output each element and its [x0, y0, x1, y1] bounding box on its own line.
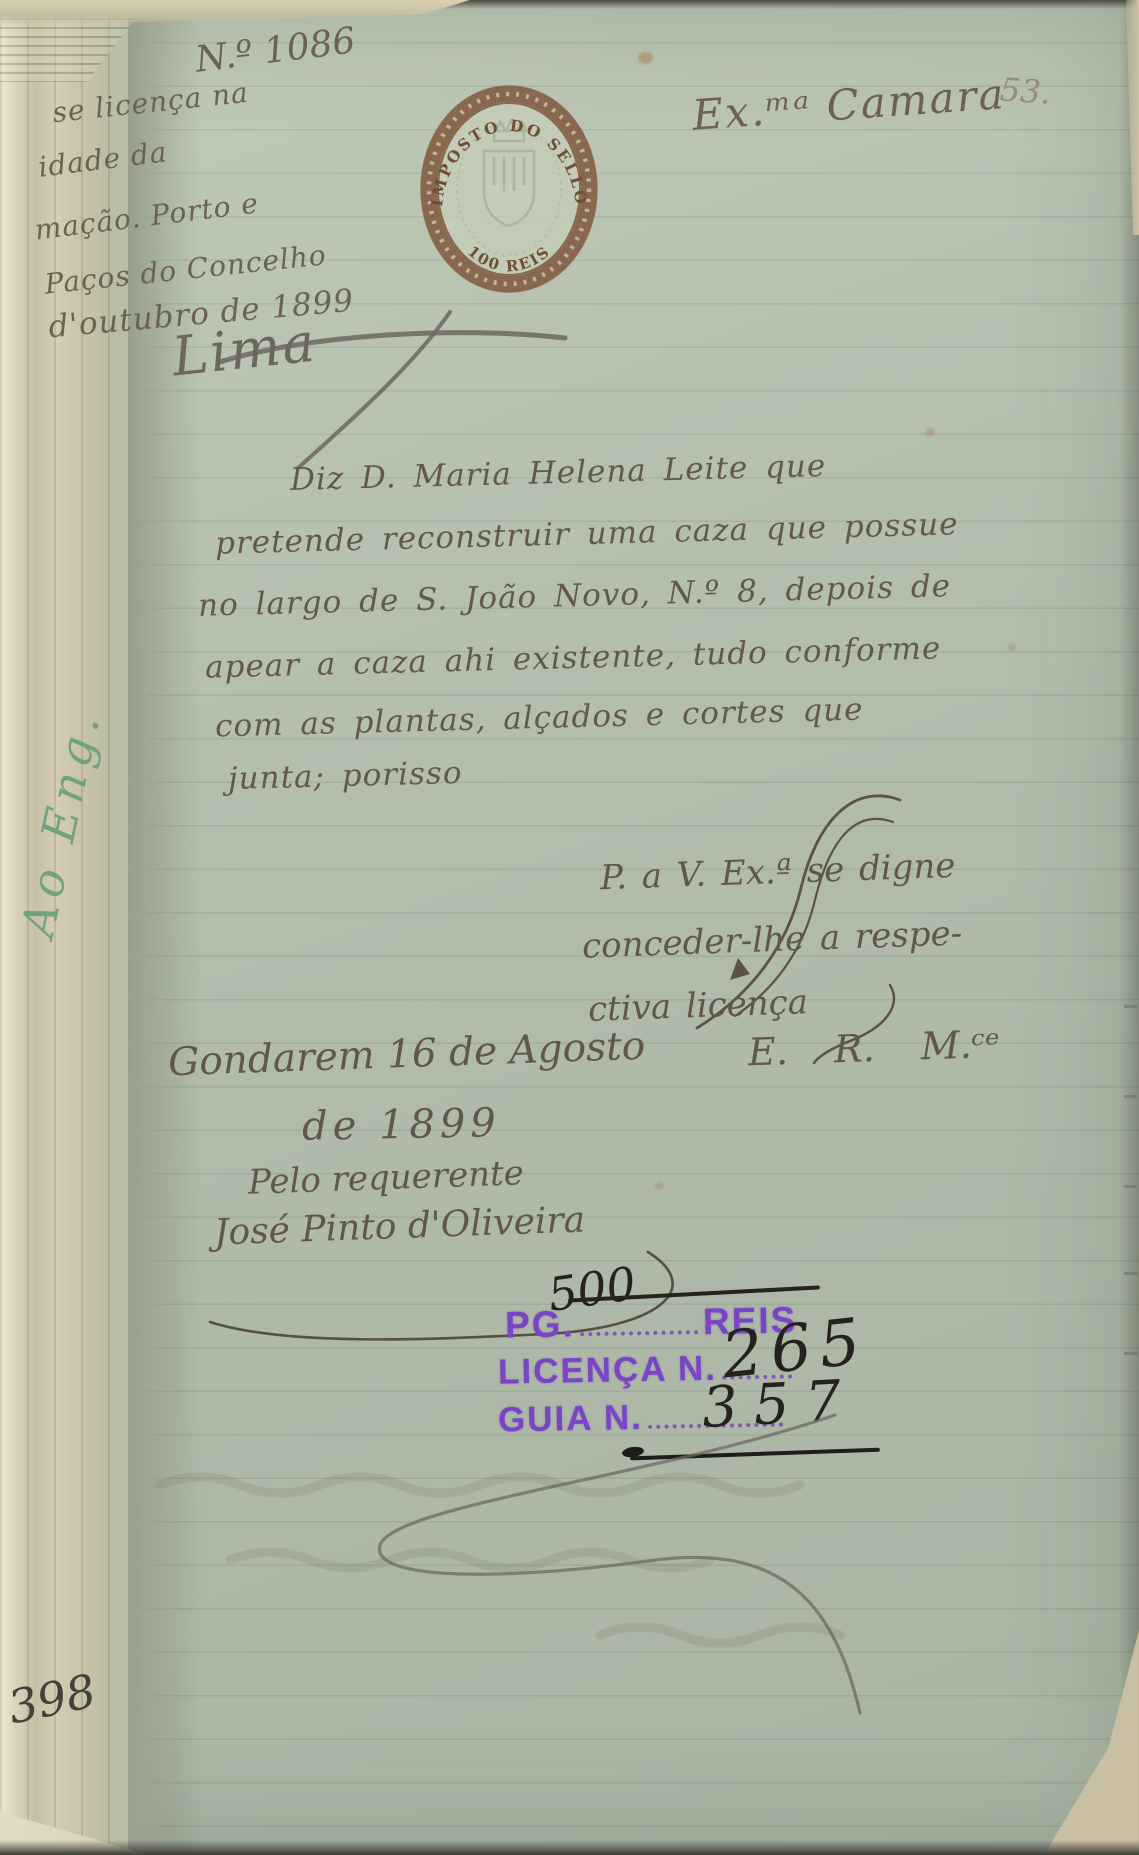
- revenue-stamp-seal: IMPOSTO DO SELLO 100 REIS: [420, 85, 598, 293]
- top-page-sliver: [0, 0, 470, 26]
- closing-formula: E. R. M.ᶜᵉ: [747, 1022, 1000, 1075]
- request-line: ctiva licença: [587, 982, 808, 1030]
- foxing-spot: [1008, 643, 1016, 651]
- right-edge-mark: [1124, 1352, 1137, 1355]
- approval-signature-flourish: [160, 300, 580, 470]
- fee-dotted-line: [580, 1314, 698, 1336]
- petition-line: pretende reconstruir uma caza que possue: [215, 506, 959, 561]
- salutation: Ex.ᵐᵃ Camara: [691, 69, 1007, 140]
- foxing-spot: [655, 1182, 664, 1190]
- foxing-spot: [925, 428, 935, 437]
- petition-line: apear a caza ahi existente, tudo conform…: [205, 630, 942, 685]
- petition-line: junta; porisso: [228, 755, 463, 797]
- right-edge-mark: [1124, 1185, 1137, 1188]
- right-edge-shadow: [1119, 0, 1139, 1855]
- right-edge-mark: [1124, 1005, 1137, 1008]
- ghost-bleed-through-writing: [120, 1455, 940, 1675]
- fee-label-licenca: LICENÇA N.: [498, 1349, 718, 1392]
- closing-year: de 1899: [302, 1100, 502, 1149]
- bottom-edge-shadow: [0, 1840, 1139, 1855]
- petition-line: com as plantas, alçados e cortes que: [215, 692, 864, 745]
- page-scan: N.º 1086 se licença na idade da mação. P…: [0, 0, 1139, 1855]
- foxing-spot: [638, 52, 653, 64]
- closing-byline: Pelo requerente: [247, 1153, 524, 1203]
- petition-line: no largo de S. João Novo, N.º 8, depois …: [198, 568, 952, 624]
- right-edge-mark: [1124, 1272, 1137, 1275]
- folio-number: 53.: [999, 70, 1052, 111]
- process-number: N.º 1086: [193, 20, 357, 80]
- closing-place-date: Gondarem 16 de Agosto: [167, 1024, 646, 1086]
- right-edge-mark: [1124, 1095, 1137, 1098]
